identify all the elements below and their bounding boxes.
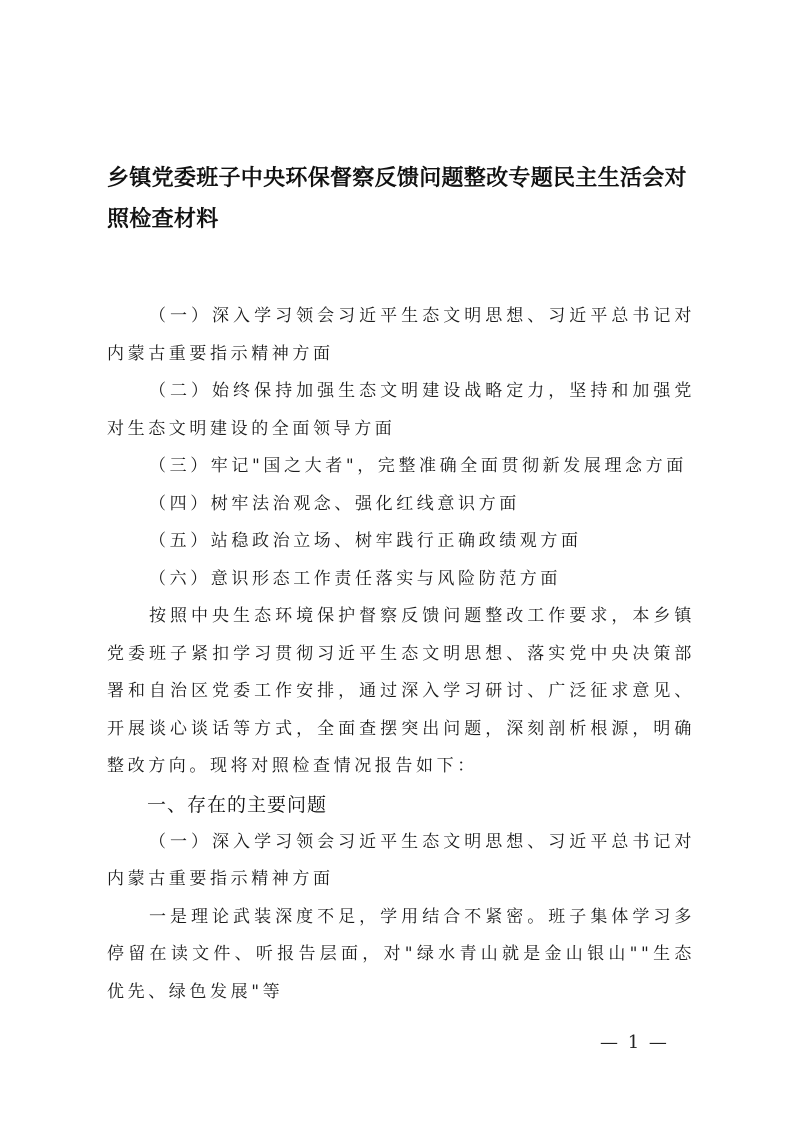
page-number: — 1 — bbox=[600, 1032, 669, 1053]
outline-item-4: （四）树牢法治观念、强化红线意识方面 bbox=[107, 486, 695, 524]
outline-item-1: （一）深入学习领会习近平生态文明思想、习近平总书记对内蒙古重要指示精神方面 bbox=[107, 298, 695, 373]
subsection-heading: （一）深入学习领会习近平生态文明思想、习近平总书记对内蒙古重要指示精神方面 bbox=[107, 824, 695, 899]
outline-item-5: （五）站稳政治立场、树牢践行正确政绩观方面 bbox=[107, 523, 695, 561]
document-title: 乡镇党委班子中央环保督察反馈问题整改专题民主生活会对照检查材料 bbox=[107, 158, 697, 240]
outline-item-3: （三）牢记"国之大者"，完整准确全面贯彻新发展理念方面 bbox=[107, 448, 695, 486]
section-heading: 一、存在的主要问题 bbox=[107, 786, 695, 824]
outline-item-6: （六）意识形态工作责任落实与风险防范方面 bbox=[107, 561, 695, 599]
intro-paragraph: 按照中央生态环境保护督察反馈问题整改工作要求，本乡镇党委班子紧扣学习贯彻习近平生… bbox=[107, 598, 695, 786]
body-paragraph: 一是理论武装深度不足，学用结合不紧密。班子集体学习多停留在读文件、听报告层面，对… bbox=[107, 899, 695, 1012]
document-body: （一）深入学习领会习近平生态文明思想、习近平总书记对内蒙古重要指示精神方面 （二… bbox=[107, 298, 695, 1011]
document-page: 乡镇党委班子中央环保督察反馈问题整改专题民主生活会对照检查材料 （一）深入学习领… bbox=[0, 0, 793, 1122]
outline-item-2: （二）始终保持加强生态文明建设战略定力，坚持和加强党对生态文明建设的全面领导方面 bbox=[107, 373, 695, 448]
